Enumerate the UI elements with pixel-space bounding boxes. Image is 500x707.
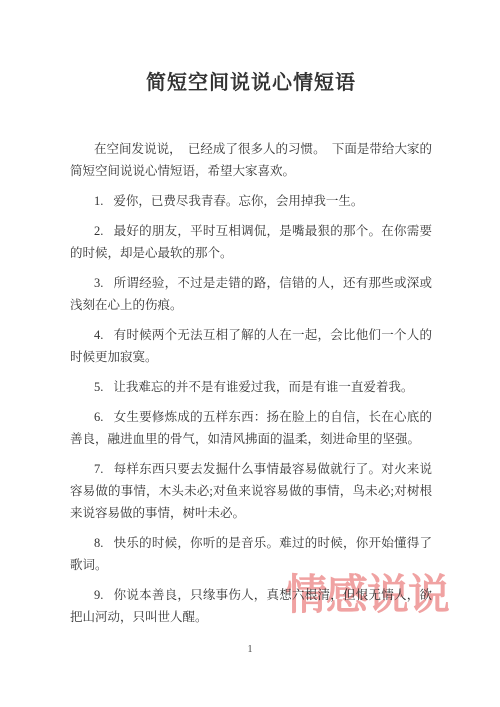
item-number: 5. bbox=[94, 380, 103, 394]
item-number: 8. bbox=[94, 536, 103, 550]
item-text: 你说本善良，只缘事伤人，真想六根清，但恨无情人，欲把山河动，只叫世人醒。 bbox=[70, 588, 432, 624]
item-number: 1. bbox=[94, 194, 103, 208]
page-number: 1 bbox=[0, 644, 500, 655]
list-item-9: 9.你说本善良，只缘事伤人，真想六根清，但恨无情人，欲把山河动，只叫世人醒。 bbox=[70, 584, 432, 628]
list-item-5: 5.让我难忘的并不是有谁爱过我，而是有谁一直爱着我。 bbox=[70, 376, 432, 398]
document-page: 情感说说 简短空间说说心情短语 在空间发说说， 已经成了很多人的习惯。 下面是带… bbox=[0, 0, 500, 707]
item-number: 9. bbox=[94, 588, 103, 602]
item-text: 有时候两个无法互相了解的人在一起，会比他们一个人的时候更加寂寞。 bbox=[70, 328, 432, 364]
list-item-8: 8.快乐的时候，你听的是音乐。难过的时候，你开始懂得了歌词。 bbox=[70, 532, 432, 576]
page-title: 简短空间说说心情短语 bbox=[70, 70, 432, 96]
list-item-1: 1.爱你，已费尽我青春。忘你，会用掉我一生。 bbox=[70, 190, 432, 212]
list-item-3: 3.所谓经验，不过是走错的路，信错的人，还有那些或深或浅刻在心上的伤痕。 bbox=[70, 272, 432, 316]
item-text: 让我难忘的并不是有谁爱过我，而是有谁一直爱着我。 bbox=[113, 380, 413, 394]
list-item-7: 7.每样东西只要去发掘什么事情最容易做就行了。对火来说容易做的事情，木头未必;对… bbox=[70, 458, 432, 524]
list-item-4: 4.有时候两个无法互相了解的人在一起，会比他们一个人的时候更加寂寞。 bbox=[70, 324, 432, 368]
item-number: 7. bbox=[94, 462, 103, 476]
item-number: 4. bbox=[94, 328, 103, 342]
intro-paragraph: 在空间发说说， 已经成了很多人的习惯。 下面是带给大家的简短空间说说心情短语，希… bbox=[70, 138, 432, 182]
document-body: 简短空间说说心情短语 在空间发说说， 已经成了很多人的习惯。 下面是带给大家的简… bbox=[70, 0, 432, 636]
item-text: 爱你，已费尽我青春。忘你，会用掉我一生。 bbox=[113, 194, 363, 208]
item-text: 快乐的时候，你听的是音乐。难过的时候，你开始懂得了歌词。 bbox=[70, 536, 432, 572]
item-text: 所谓经验，不过是走错的路，信错的人，还有那些或深或浅刻在心上的伤痕。 bbox=[70, 276, 432, 312]
list-item-6: 6.女生要修炼成的五样东西：扬在脸上的自信，长在心底的善良，融进血里的骨气，如清… bbox=[70, 406, 432, 450]
item-number: 2. bbox=[94, 224, 103, 238]
item-text: 女生要修炼成的五样东西：扬在脸上的自信，长在心底的善良，融进血里的骨气，如清风拂… bbox=[70, 410, 432, 446]
item-number: 3. bbox=[94, 276, 103, 290]
list-item-2: 2.最好的朋友，平时互相调侃，是嘴最狠的那个。在你需要的时候，却是心最软的那个。 bbox=[70, 220, 432, 264]
item-text: 每样东西只要去发掘什么事情最容易做就行了。对火来说容易做的事情，木头未必;对鱼来… bbox=[70, 462, 432, 520]
item-text: 最好的朋友，平时互相调侃，是嘴最狠的那个。在你需要的时候，却是心最软的那个。 bbox=[70, 224, 432, 260]
item-number: 6. bbox=[94, 410, 103, 424]
